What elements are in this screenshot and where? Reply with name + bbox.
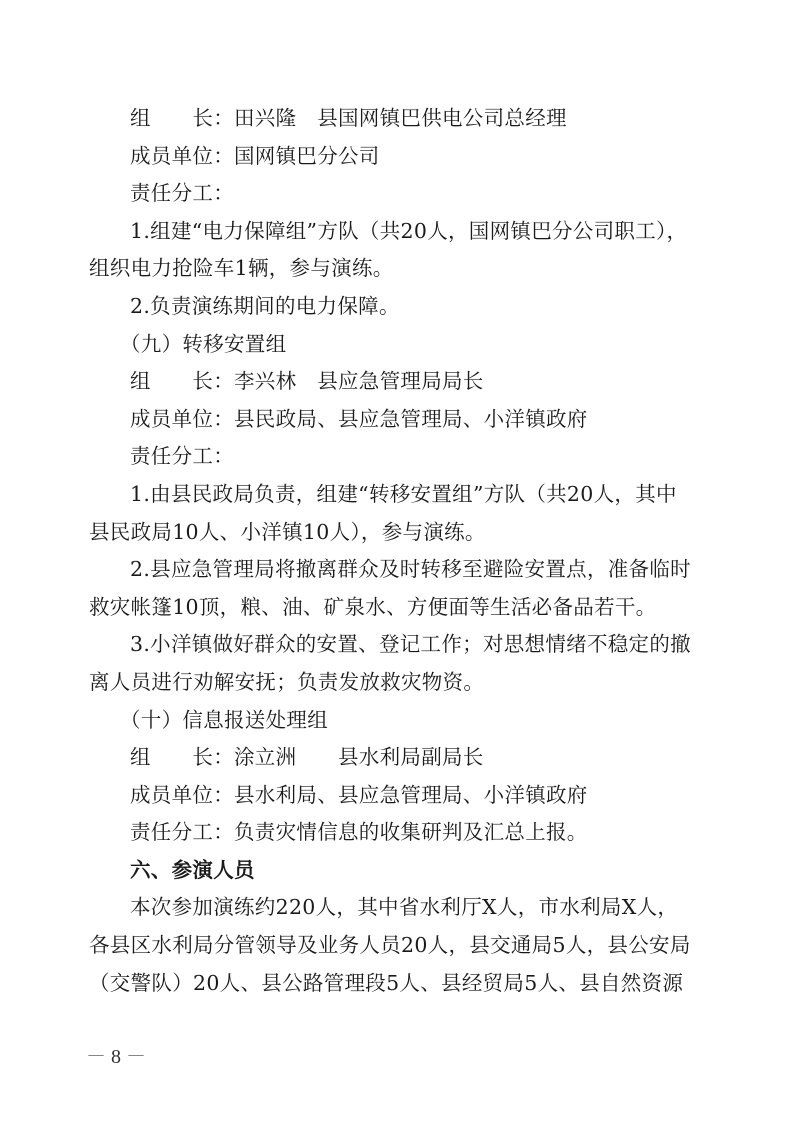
team-leader-line: 组 长：田兴隆 县国网镇巴供电公司总经理 [89,100,711,138]
paragraph-line: 救灾帐篷10顶，粮、油、矿泉水、方便面等生活必备品若干。 [89,589,711,627]
paragraph-line: 县民政局10人、小洋镇10人），参与演练。 [89,514,711,552]
footer-dash-right: － [126,1046,146,1068]
member-units-line: 成员单位：县民政局、县应急管理局、小洋镇政府 [89,401,711,439]
paragraph-line: 1.组建“电力保障组”方队（共20人，国网镇巴分公司职工）， [89,213,711,251]
member-units-line: 成员单位：县水利局、县应急管理局、小洋镇政府 [89,777,711,815]
paragraph-line: 2.县应急管理局将撤离群众及时转移至避险安置点，准备临时 [89,551,711,589]
paragraph-line: 2.负责演练期间的电力保障。 [89,288,711,326]
responsibility-label: 责任分工： [89,175,711,213]
page-number: 8 [111,1046,121,1068]
section-heading-transfer-resettlement: （九）转移安置组 [89,326,711,364]
page-footer: － 8 － [86,1040,146,1069]
paragraph-line: 本次参加演练约220人，其中省水利厅X人，市水利局X人， [89,889,711,927]
paragraph-line: 1.由县民政局负责，组建“转移安置组”方队（共20人，其中 [89,476,711,514]
responsibility-line: 责任分工：负责灾情信息的收集研判及汇总上报。 [89,814,711,852]
paragraph-line: （交警队）20人、县公路管理段5人、县经贸局5人、县自然资源 [89,965,711,1003]
responsibility-label: 责任分工： [89,438,711,476]
paragraph-line: 各县区水利局分管领导及业务人员20人，县交通局5人，县公安局 [89,927,711,965]
section-heading-participants: 六、参演人员 [89,852,711,890]
member-units-line: 成员单位：国网镇巴分公司 [89,138,711,176]
document-page: 组 长：田兴隆 县国网镇巴供电公司总经理 成员单位：国网镇巴分公司 责任分工： … [89,100,711,1002]
team-leader-line: 组 长：李兴林 县应急管理局局长 [89,363,711,401]
paragraph-line: 3.小洋镇做好群众的安置、登记工作；对思想情绪不稳定的撤 [89,626,711,664]
paragraph-line: 离人员进行劝解安抚；负责发放救灾物资。 [89,664,711,702]
team-leader-line: 组 长：涂立洲 县水利局副局长 [89,739,711,777]
section-heading-info-reporting: （十）信息报送处理组 [89,702,711,740]
footer-dash-left: － [86,1046,106,1068]
paragraph-line: 组织电力抢险车1辆，参与演练。 [89,250,711,288]
